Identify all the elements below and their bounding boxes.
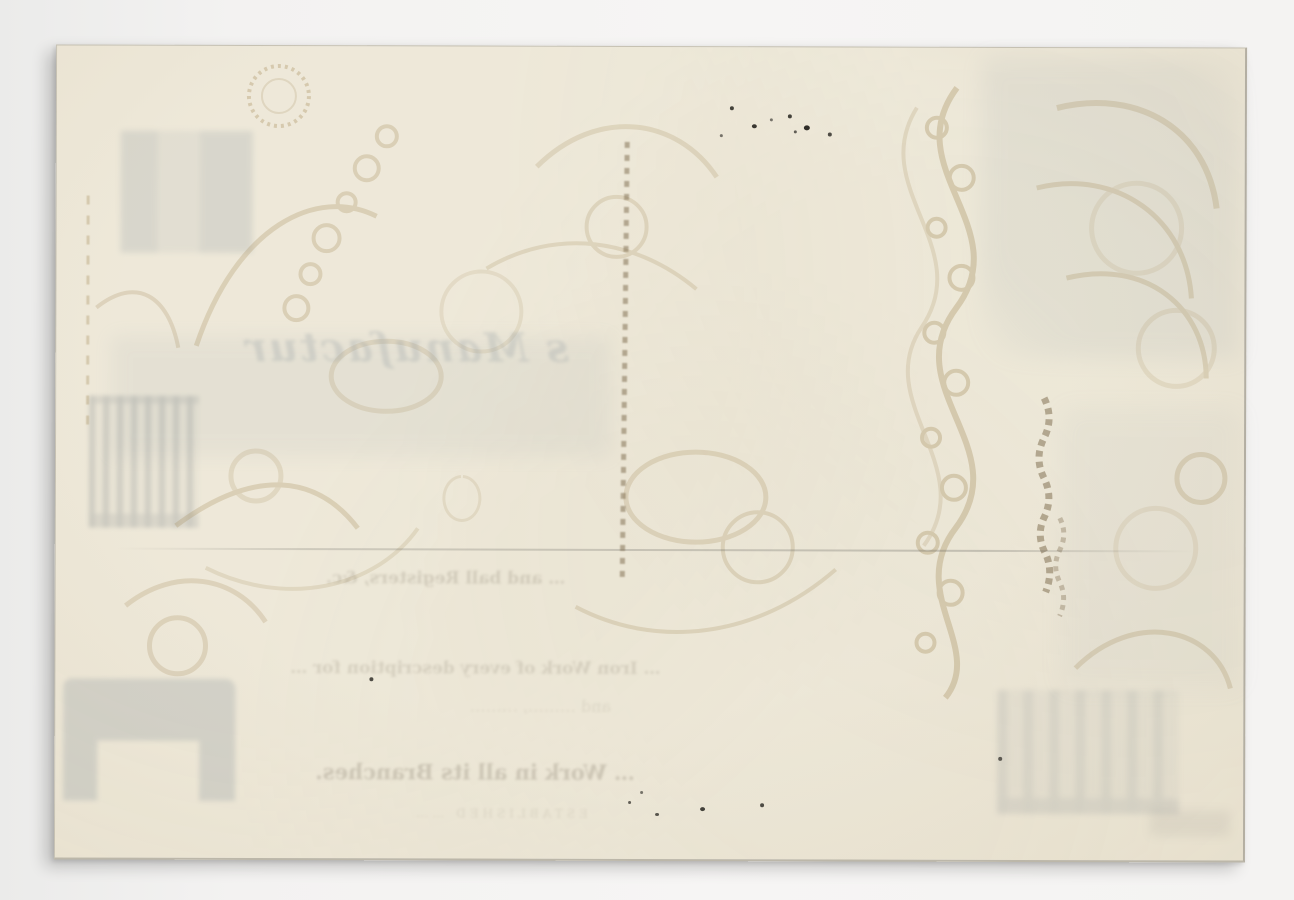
scrolls-bottom-left xyxy=(95,292,266,674)
serpentine-scroll-right xyxy=(902,88,974,698)
scroll-cluster-far-right xyxy=(1035,103,1232,689)
paper-sheet: s Manufactur … and ball Registers, &c. …… xyxy=(54,44,1247,862)
loop-cluster-center-bottom xyxy=(444,451,836,632)
engraving-swirls-svg xyxy=(55,45,1245,860)
seal-medallion-ghost xyxy=(249,66,309,126)
flourish-upper-center xyxy=(486,126,716,289)
vertical-lettering-ghost-right xyxy=(1039,398,1065,616)
scanned-card-scene: s Manufactur … and ball Registers, &c. …… xyxy=(0,0,1294,900)
